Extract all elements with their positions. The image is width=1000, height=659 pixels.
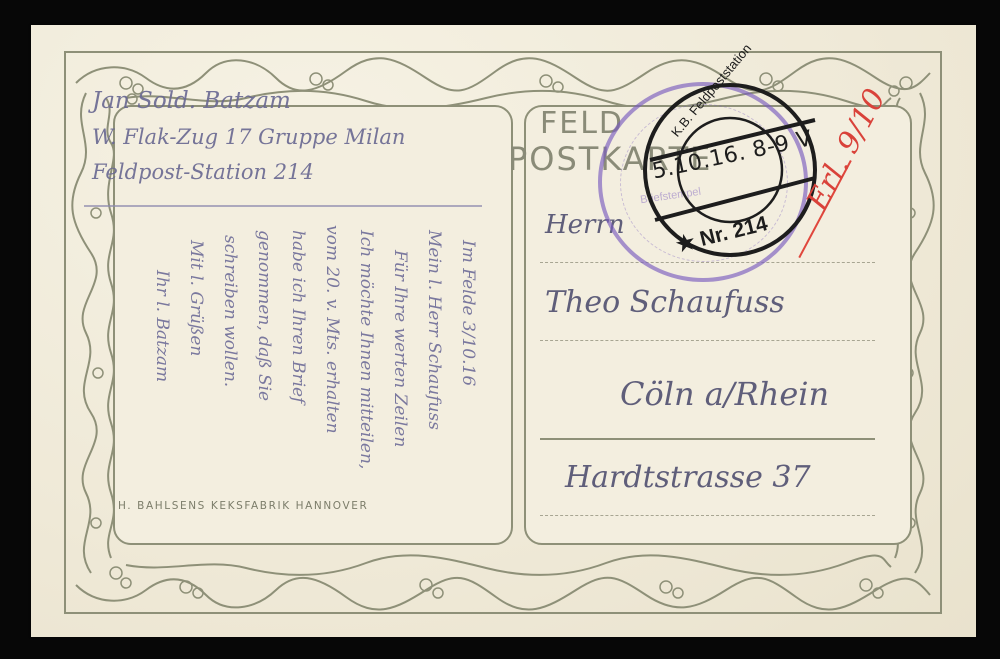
sender-name: Jan Sold. Batzam bbox=[92, 88, 291, 114]
sender-underline bbox=[84, 205, 482, 207]
recipient-name: Theo Schaufuss bbox=[545, 285, 785, 320]
message-signature: Ihr l. Batzam bbox=[152, 270, 172, 382]
sender-unit: W. Flak-Zug 17 Gruppe Milan bbox=[92, 125, 405, 149]
message-line: Mit l. Grüßen bbox=[186, 240, 206, 356]
address-line-3 bbox=[540, 438, 875, 443]
message-line: habe ich Ihren Brief bbox=[288, 230, 308, 403]
handwritten-message: Im Felde 3/10.16 Mein l. Herr Schaufuss … bbox=[86, 210, 482, 510]
message-date-line: Im Felde 3/10.16 bbox=[458, 240, 478, 386]
message-line: Für Ihre werten Zeilen bbox=[390, 250, 410, 447]
message-line: vom 20. v. Mts. erhalten bbox=[322, 225, 342, 434]
address-line-4 bbox=[540, 515, 875, 516]
recipient-street: Hardtstrasse 37 bbox=[565, 460, 811, 495]
message-line: Ich möchte Ihnen mitteilen, bbox=[356, 230, 376, 469]
recipient-city: Cöln a/Rhein bbox=[620, 375, 829, 413]
sender-station: Feldpost-Station 214 bbox=[92, 160, 314, 184]
message-line: schreiben wollen. bbox=[220, 235, 240, 387]
message-line: genommen, daß Sie bbox=[254, 230, 274, 401]
message-line: Mein l. Herr Schaufuss bbox=[424, 230, 444, 430]
address-line-2 bbox=[540, 340, 875, 341]
